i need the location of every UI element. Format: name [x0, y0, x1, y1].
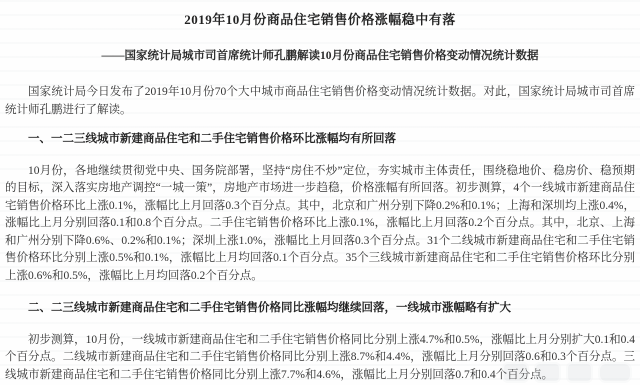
article-subtitle: ——国家统计局城市司首席统计师孔鹏解读10月份商品住宅销售价格变动情况统计数据 [5, 48, 635, 64]
section-2-heading: 二、二三线城市新建商品住宅和二手住宅销售价格同比涨幅均继续回落，一线城市涨幅略有… [5, 300, 635, 318]
intro-paragraph: 国家统计局今日发布了2019年10月份70个大中城市商品住宅销售价格变动情况统计… [5, 84, 635, 119]
section-1-body: 10月份，各地继续贯彻党中央、国务院部署，坚持“房住不炒”定位，夯实城市主体责任… [5, 163, 635, 286]
section-2-body: 初步测算，10月份，一线城市新建商品住宅和二手住宅销售价格同比分别上涨4.7%和… [5, 332, 635, 385]
article-page: 2019年10月份商品住宅销售价格涨幅稳中有落 ——国家统计局城市司首席统计师孔… [0, 0, 640, 385]
section-1-heading: 一、一二三线城市新建商品住宅和二手住宅销售价格环比涨幅均有所回落 [5, 131, 635, 149]
article-title: 2019年10月份商品住宅销售价格涨幅稳中有落 [5, 11, 635, 29]
